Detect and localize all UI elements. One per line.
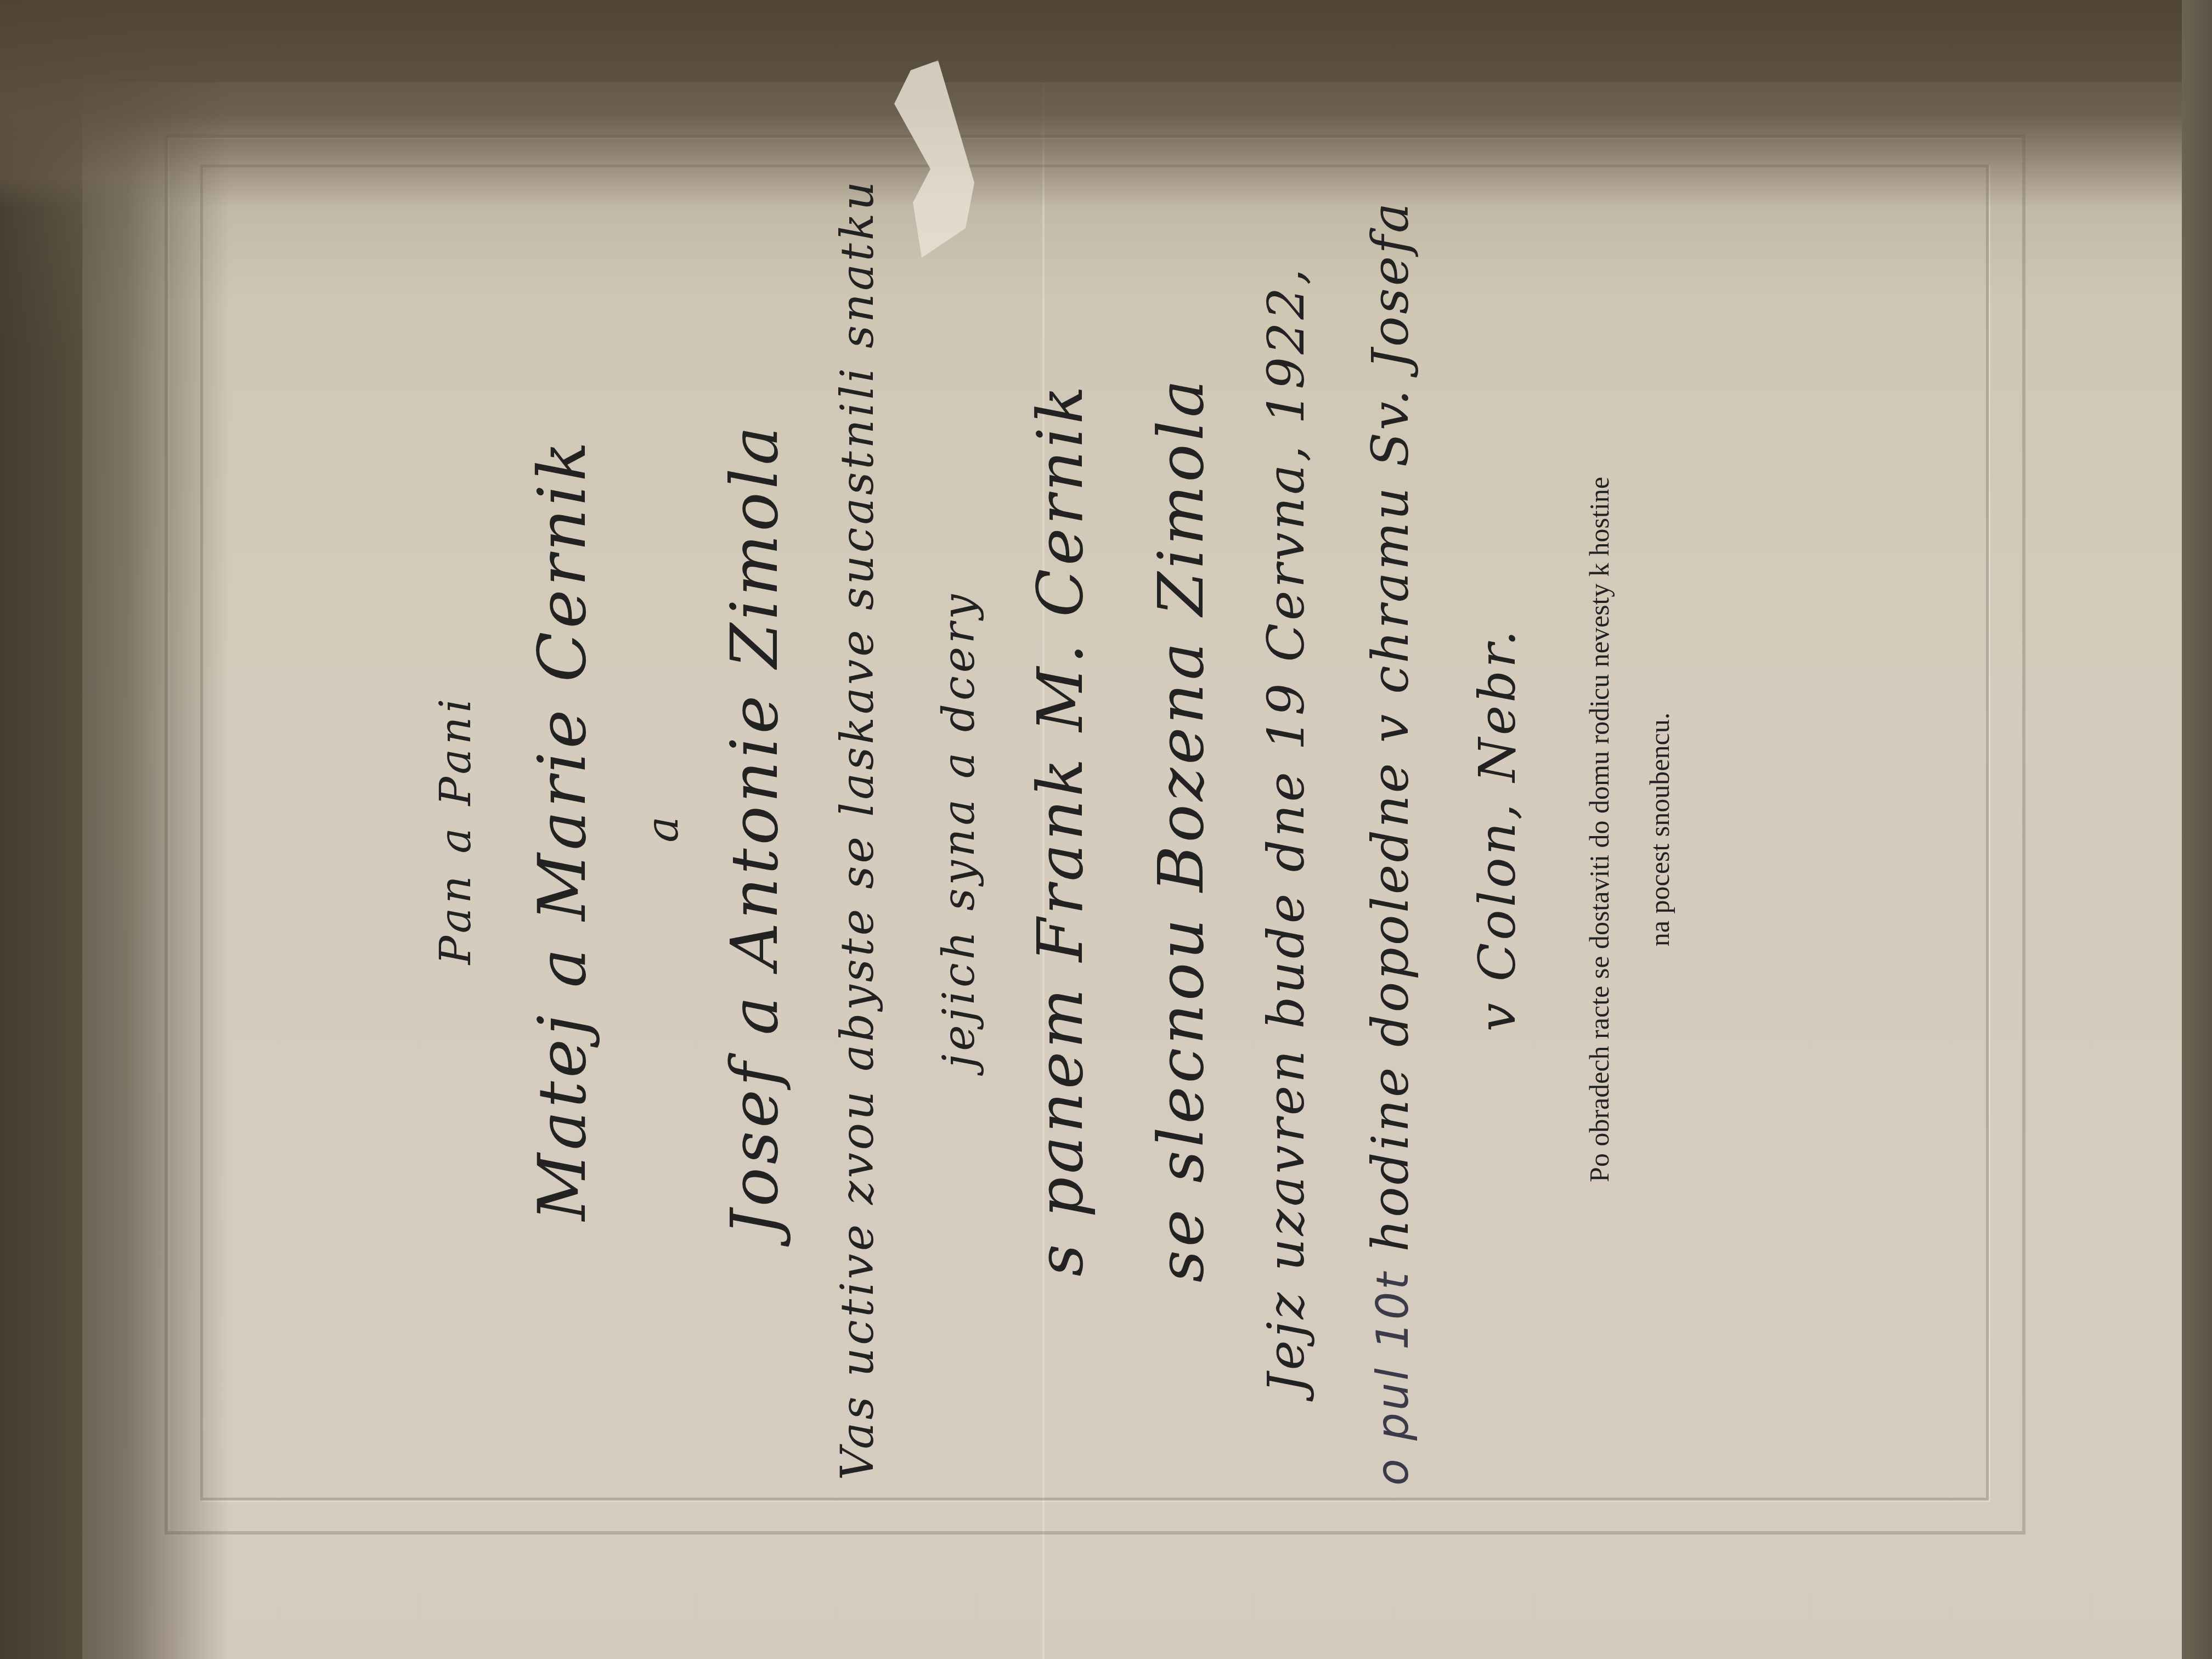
handwritten-time-annotation: o pul 10t — [1367, 1270, 1418, 1486]
right-edge-surface — [2182, 0, 2212, 1659]
bride-name: se slecnou Bozena Zimola — [1144, 171, 1218, 1488]
children-text: jejich syna a dcery — [933, 171, 984, 1488]
church-text: hodine dopoledne v chramu Sv. Josefa — [1361, 201, 1420, 1252]
time-and-church: o pul 10t hodine dopoledne v chramu Sv. … — [1361, 149, 1420, 1537]
conjunction: a — [637, 171, 688, 1488]
groom-name: s panem Frank M. Cernik — [1024, 171, 1097, 1488]
location: v Colon, Nebr. — [1468, 171, 1527, 1488]
left-shadow — [0, 0, 230, 1659]
hosts-title: Pan a Pani — [431, 171, 481, 1488]
reception-note-line1: Po obradech racte se dostaviti do domu r… — [1583, 171, 1615, 1488]
reception-note-line2: na pocest snoubencu. — [1644, 171, 1675, 1488]
wedding-date: Jejz uzavren bude dne 19 Cervna, 1922, — [1257, 171, 1316, 1488]
invitation-text-block: Pan a Pani Matej a Marie Cernik a Josef … — [365, 171, 1847, 1488]
groom-parents-names: Matej a Marie Cernik — [524, 171, 601, 1488]
bride-parents-names: Josef a Antonie Zimola — [716, 171, 792, 1488]
invitation-text: Vas uctive zvou abyste se laskave sucast… — [832, 105, 884, 1554]
